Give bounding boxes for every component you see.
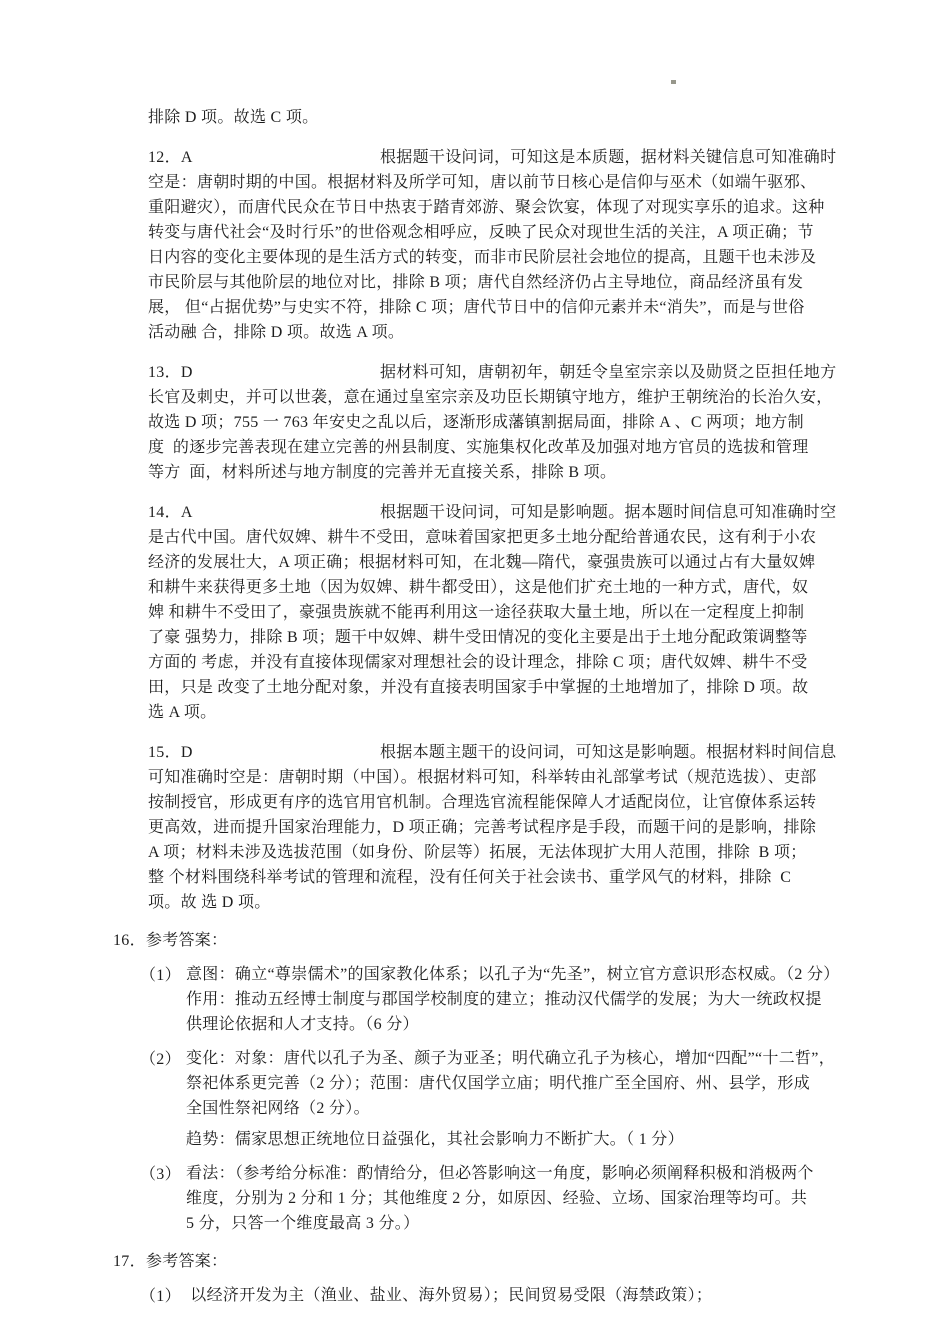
answer-line: 5 分，只答一个维度最高 3 分。） (186, 1211, 860, 1236)
answer-12: 12．A根据题干设问词，可知这是本质题，据材料关键信息可知准确时 空是：唐朝时期… (148, 145, 860, 345)
answer-line: 长官及刺史，并可以世袭，意在通过皇室宗亲及功臣长期镇守地方，维护王朝统治的长治久… (148, 385, 860, 410)
answer-line: 可知准确时空是：唐朝时期（中国）。根据材料可知，科举转由礼部掌考试（规范选拔）、… (148, 765, 860, 790)
item-1-lines: 意图：确立“尊崇儒术”的国家教化体系；以孔子为“先圣”，树立官方意识形态权威。（… (186, 962, 860, 1037)
answer-line: 整 个材料围绕科举考试的管理和流程，没有任何关于社会读书、重学风气的材料，排除 … (148, 865, 860, 890)
answer-15-number: 15．D (148, 740, 380, 765)
answer-line: 市民阶层与其他阶层的地位对比，排除 B 项；唐代自然经济仍占主导地位，商品经济虽… (148, 270, 860, 295)
answer-line: 度 的逐步完善表现在建立完善的州县制度、实施集权化改革及加强对地方官员的选拔和管… (148, 435, 860, 460)
answer-line: 田，只是 改变了土地分配对象，并没有直接表明国家手中掌握的土地增加了，排除 D … (148, 675, 860, 700)
answer-line: 作用：推动五经博士制度与郡国学校制度的建立；推动汉代儒学的发展；为大一统政权提 (186, 987, 860, 1012)
answer-line: 选 A 项。 (148, 700, 860, 725)
item-3-lines: 看法：（参考给分标准：酌情给分，但必答影响这一角度，影响必须阐释积极和消极两个 … (186, 1161, 860, 1236)
answer-line: 维度，分别为 2 分和 1 分；其他维度 2 分，如原因、经验、立场、国家治理等… (186, 1186, 860, 1211)
answer-line: 12．A根据题干设问词，可知这是本质题，据材料关键信息可知准确时 (148, 145, 860, 170)
answer-16-item-1: （1） 意图：确立“尊崇儒术”的国家教化体系；以孔子为“先圣”，树立官方意识形态… (140, 962, 860, 1037)
answer-16-heading: 16．参考答案： (113, 928, 860, 953)
answer-line: 了豪 强势力，排除 B 项；题干中奴婢、耕牛受田情况的变化主要是出于土地分配政策… (148, 625, 860, 650)
answer-line: 经济的发展壮大，A 项正确；根据材料可知，在北魏—隋代，豪强贵族可以通过占有大量… (148, 550, 860, 575)
document-content: 排除 D 项。故选 C 项。 12．A根据题干设问词，可知这是本质题，据材料关键… (148, 105, 860, 1308)
item-2-lines: 变化：对象：唐代以孔子为圣、颜子为亚圣；明代确立孔子为核心，增加“四配”“十二哲… (186, 1046, 860, 1121)
answer-line: 以经济开发为主（渔业、盐业、海外贸易）；民间贸易受限（海禁政策）； (186, 1283, 860, 1308)
item-3-marker: （3） (140, 1161, 186, 1236)
document-page: 排除 D 项。故选 C 项。 12．A根据题干设问词，可知这是本质题，据材料关键… (0, 0, 950, 1344)
answer-15: 15．D根据本题主题干的设问词，可知这是影响题。根据材料时间信息 可知准确时空是… (148, 740, 860, 915)
answer-13: 13．D据材料可知，唐朝初年，朝廷令皇室宗亲以及勋贤之臣担任地方 长官及刺史，并… (148, 360, 860, 485)
answer-line: 祭祀体系更完善（2 分）；范围：唐代仅国学立庙；明代推广至全国府、州、县学，形成 (186, 1071, 860, 1096)
answer-line: 按制授官，形成更有序的选官用官机制。合理选官流程能保障人才适配岗位，让官僚体系运… (148, 790, 860, 815)
answer-17-heading: 17．参考答案： (113, 1249, 860, 1274)
answer-line: 婢 和耕牛不受田了，豪强贵族就不能再利用这一途径获取大量土地，所以在一定程度上抑… (148, 600, 860, 625)
answer-line: 空是：唐朝时期的中国。根据材料及所学可知，唐以前节日核心是信仰与巫术（如端午驱邪… (148, 170, 860, 195)
answer-line-text: 根据题干设问词，可知是影响题。据本题时间信息可知准确时空 (380, 504, 836, 521)
answer-line: 意图：确立“尊崇儒术”的国家教化体系；以孔子为“先圣”，树立官方意识形态权威。（… (186, 962, 860, 987)
answer-13-number: 13．D (148, 360, 380, 385)
answer-line: 日内容的变化主要体现的是生活方式的转变，而非市民阶层社会地位的提高，且题干也未涉… (148, 245, 860, 270)
item-2-marker: （2） (140, 1046, 186, 1121)
answer-line: A 项；材料未涉及选拔范围（如身份、阶层等）拓展，无法体现扩大用人范围，排除 B… (148, 840, 860, 865)
answer-14: 14．A根据题干设问词，可知是影响题。据本题时间信息可知准确时空 是古代中国。唐… (148, 500, 860, 725)
answer-line: 等方 面，材料所述与地方制度的完善并无直接关系，排除 B 项。 (148, 460, 860, 485)
answer-line: 故选 D 项；755 一 763 年安史之乱以后，逐渐形成藩镇割据局面，排除 A… (148, 410, 860, 435)
answer-line-text: 根据本题主题干的设问词，可知这是影响题。根据材料时间信息 (380, 744, 836, 761)
answer-line: 活动融 合，排除 D 项。故选 A 项。 (148, 320, 860, 345)
answer-line: 转变与唐代社会“及时行乐”的世俗观念相呼应，反映了民众对现世生活的关注，A 项正… (148, 220, 860, 245)
answer-line: 15．D根据本题主题干的设问词，可知这是影响题。根据材料时间信息 (148, 740, 860, 765)
speck-artifact (671, 80, 676, 84)
answer-line: 13．D据材料可知，唐朝初年，朝廷令皇室宗亲以及勋贤之臣担任地方 (148, 360, 860, 385)
answer-line: 变化：对象：唐代以孔子为圣、颜子为亚圣；明代确立孔子为核心，增加“四配”“十二哲… (186, 1046, 860, 1071)
answer-14-number: 14．A (148, 500, 380, 525)
answer-line: 展， 但“占据优势”与史实不符，排除 C 项；唐代节日中的信仰元素并未“消失”，… (148, 295, 860, 320)
answer-line: 项。故 选 D 项。 (148, 890, 860, 915)
answer-line: 供理论依据和人才支持。（6 分） (186, 1012, 860, 1037)
answer-12-number: 12．A (148, 145, 380, 170)
answer-line: 是古代中国。唐代奴婢、耕牛不受田，意味着国家把更多土地分配给普通农民，这有利于小… (148, 525, 860, 550)
answer-11-tail: 排除 D 项。故选 C 项。 (148, 105, 860, 130)
answer-line: 和耕牛来获得更多土地（因为奴婢、耕牛都受田），这是他们扩充土地的一种方式，唐代，… (148, 575, 860, 600)
answer-line: 14．A根据题干设问词，可知是影响题。据本题时间信息可知准确时空 (148, 500, 860, 525)
answer-16-trend-line: 趋势：儒家思想正统地位日益强化，其社会影响力不断扩大。（ 1 分） (186, 1127, 860, 1152)
answer-line-text: 据材料可知，唐朝初年，朝廷令皇室宗亲以及勋贤之臣担任地方 (380, 364, 836, 381)
answer-line: 更高效，进而提升国家治理能力，D 项正确；完善考试程序是手段，而题干问的是影响，… (148, 815, 860, 840)
answer-16-item-3: （3） 看法：（参考给分标准：酌情给分，但必答影响这一角度，影响必须阐释积极和消… (140, 1161, 860, 1236)
answer-line: 方面的 考虑，并没有直接体现儒家对理想社会的设计理念，排除 C 项；唐代奴婢、耕… (148, 650, 860, 675)
answer-line: 重阳避灾），而唐代民众在节日中热衷于踏青郊游、聚会饮宴，体现了对现实享乐的追求。… (148, 195, 860, 220)
item-1-marker: （1） (140, 1283, 186, 1308)
answer-line: 看法：（参考给分标准：酌情给分，但必答影响这一角度，影响必须阐释积极和消极两个 (186, 1161, 860, 1186)
answer-16-item-2: （2） 变化：对象：唐代以孔子为圣、颜子为亚圣；明代确立孔子为核心，增加“四配”… (140, 1046, 860, 1121)
answer-line-text: 根据题干设问词，可知这是本质题，据材料关键信息可知准确时 (380, 149, 836, 166)
answer-17-item-1: （1） 以经济开发为主（渔业、盐业、海外贸易）；民间贸易受限（海禁政策）； (140, 1283, 860, 1308)
answer-line: 全国性祭祀网络（2 分）。 (186, 1096, 860, 1121)
item-1-lines: 以经济开发为主（渔业、盐业、海外贸易）；民间贸易受限（海禁政策）； (186, 1283, 860, 1308)
item-1-marker: （1） (140, 962, 186, 1037)
